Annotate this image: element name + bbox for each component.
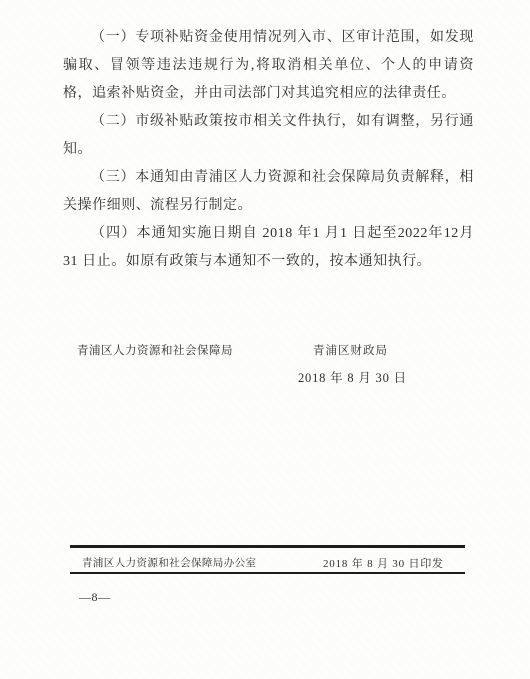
signature-right-org: 青浦区财政局 bbox=[313, 342, 388, 358]
paragraph-clause-3: （三）本通知由青浦区人力资源和社会保障局负责解释，相关操作细则、流程另行制定。 bbox=[63, 164, 474, 220]
document-body: （一）专项补贴资金使用情况列入市、区审计范围，如发现骗取、冒领等违法违规行为,将… bbox=[63, 24, 474, 276]
paragraph-clause-4: （四）本通知实施日期自 2018 年1 月1 日起至2022年12月31 日止。… bbox=[63, 220, 474, 276]
footer-print-date: 2018 年 8 月 30 日印发 bbox=[323, 555, 444, 571]
footer-rule-top bbox=[70, 545, 465, 548]
page-number: —8— bbox=[79, 590, 111, 605]
document-page: （一）专项补贴资金使用情况列入市、区审计范围，如发现骗取、冒领等违法违规行为,将… bbox=[0, 0, 530, 679]
signature-left-org: 青浦区人力资源和社会保障局 bbox=[77, 342, 233, 358]
footer-rule-bottom bbox=[70, 572, 465, 574]
paragraph-clause-1: （一）专项补贴资金使用情况列入市、区审计范围，如发现骗取、冒领等违法违规行为,将… bbox=[63, 24, 474, 108]
footer-office: 青浦区人力资源和社会保障局办公室 bbox=[82, 555, 256, 570]
paragraph-clause-2: （二）市级补贴政策按市相关文件执行，如有调整，另行通知。 bbox=[63, 108, 474, 164]
signature-date: 2018 年 8 月 30 日 bbox=[298, 368, 407, 386]
